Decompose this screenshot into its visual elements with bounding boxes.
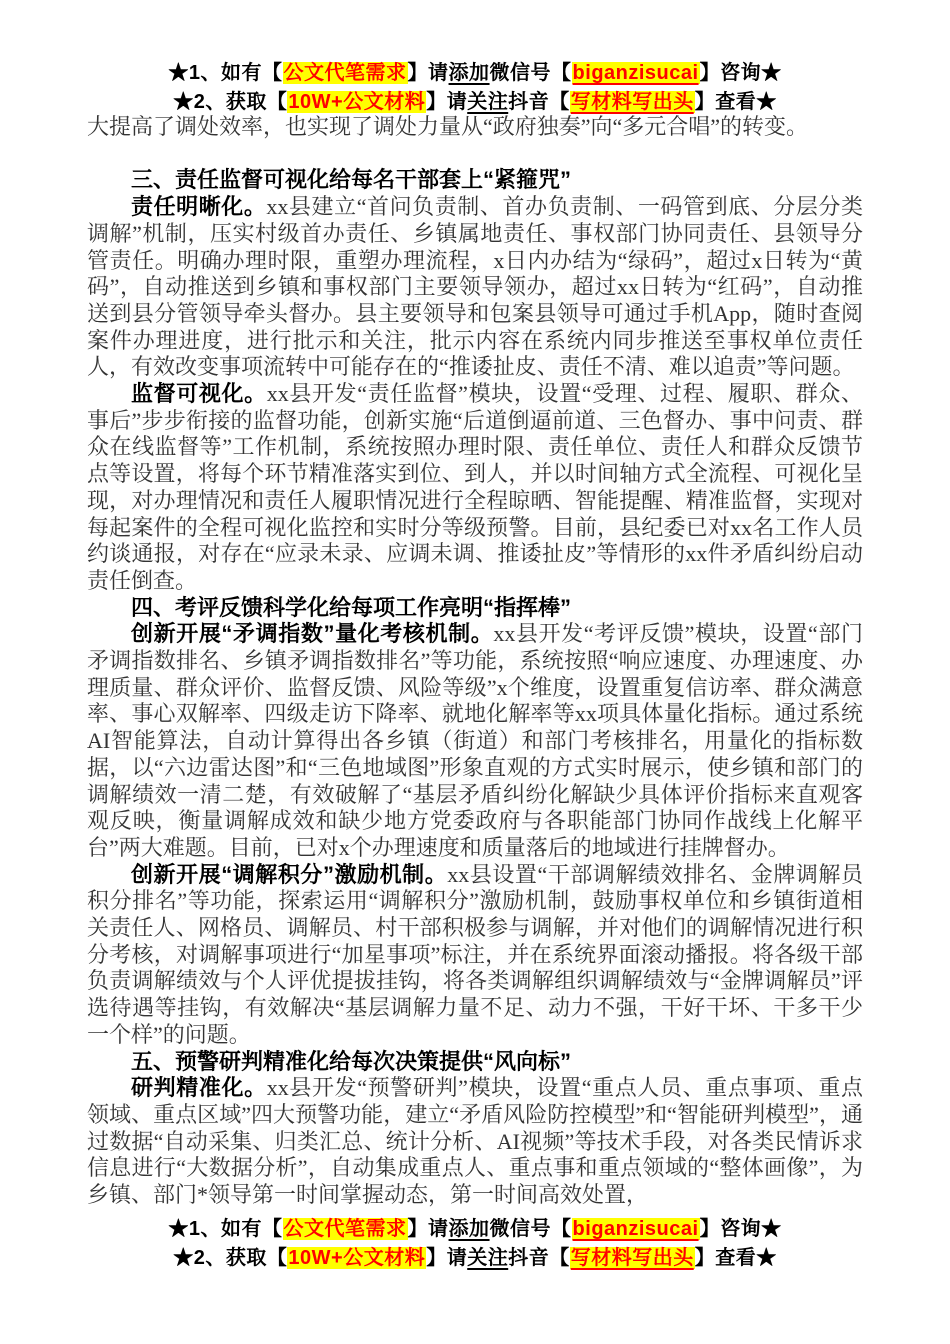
promo-text: ★1、如有【	[168, 1218, 282, 1240]
promo-text: 抖音【	[508, 1247, 570, 1269]
paragraph-supervision-visualization: 监督可视化。xx县开发“责任监督”模块，设置“受理、过程、履职、群众、事后”步步…	[87, 381, 863, 595]
paragraph-lead: 创新开展“调解积分”激励机制。	[131, 862, 447, 887]
promo-highlight-gongwen-cailiao: 10W+公文材料	[287, 1247, 426, 1269]
paragraph-continuation: 大提高了调处效率，也实现了调处力量从“政府独奏”向“多元合唱”的转变。	[87, 114, 863, 141]
paragraph-maodiao-index-mechanism: 创新开展“矛调指数”量化考核机制。xx县开发“考评反馈”模块，设置“部门矛调指数…	[87, 621, 863, 861]
promo-line-2: ★2、获取【10W+公文材料】请关注抖音【写材料写出头】查看★	[0, 88, 950, 117]
promo-text: 】请	[408, 1218, 449, 1240]
promo-text: 】查看★	[695, 91, 777, 113]
promo-text: 】咨询★	[700, 1218, 782, 1240]
promo-text: 微信号【	[490, 1218, 572, 1240]
promo-text: 】请	[426, 1247, 467, 1269]
paragraph-text: xx县建立“首问负责制、首办负责制、一码管到底、分层分类调解”机制，压实村级首办…	[87, 194, 863, 379]
paragraph-responsibility-clarification: 责任明晰化。xx县建立“首问负责制、首办负责制、一码管到底、分层分类调解”机制，…	[87, 194, 863, 381]
promo-text: 】请	[426, 91, 467, 113]
section-4-heading: 四、考评反馈科学化给每项工作亮明“指挥棒”	[87, 595, 863, 622]
promo-line-2: ★2、获取【10W+公文材料】请关注抖音【写材料写出头】查看★	[0, 1244, 950, 1273]
document-page: ★1、如有【公文代笔需求】请添加微信号【biganzisucai】咨询★ ★2、…	[0, 0, 950, 1344]
paragraph-text: xx县设置“干部调解绩效排名、金牌调解员积分排名”等功能，探索运用“调解积分”激…	[87, 862, 863, 1047]
paragraph-lead: 研判精准化。	[131, 1075, 267, 1100]
section-5-heading: 五、预警研判精准化给每次决策提供“风向标”	[87, 1049, 863, 1076]
paragraph-text: xx县开发“考评反馈”模块，设置“部门矛调指数排名、乡镇矛调指数排名”等功能，系…	[87, 621, 863, 860]
promo-text: 】请	[408, 62, 449, 84]
douyin-id-highlight: 写材料写出头	[570, 91, 695, 113]
promo-text: ★2、获取【	[173, 1247, 287, 1269]
promo-highlight-gongwen-cailiao: 10W+公文材料	[287, 91, 426, 113]
paragraph-lead: 监督可视化。	[131, 381, 267, 406]
promo-highlight-daibi-xuqiu: 公文代笔需求	[283, 1218, 408, 1240]
promo-underline-tianjia: 添加	[449, 62, 490, 84]
promo-highlight-daibi-xuqiu: 公文代笔需求	[283, 62, 408, 84]
promo-text: 抖音【	[508, 91, 570, 113]
promo-underline-tianjia: 添加	[449, 1218, 490, 1240]
paragraph-mediation-points-mechanism: 创新开展“调解积分”激励机制。xx县设置“干部调解绩效排名、金牌调解员积分排名”…	[87, 862, 863, 1049]
promo-text: ★1、如有【	[168, 62, 282, 84]
document-body: 大提高了调处效率，也实现了调处力量从“政府独奏”向“多元合唱”的转变。 三、责任…	[87, 114, 863, 1210]
promo-line-1: ★1、如有【公文代笔需求】请添加微信号【biganzisucai】咨询★	[0, 1215, 950, 1244]
promo-line-1: ★1、如有【公文代笔需求】请添加微信号【biganzisucai】咨询★	[0, 59, 950, 88]
blank-line	[87, 141, 863, 168]
footer-promo: ★1、如有【公文代笔需求】请添加微信号【biganzisucai】咨询★ ★2、…	[0, 1215, 950, 1273]
promo-text: ★2、获取【	[173, 91, 287, 113]
section-3-heading: 三、责任监督可视化给每名干部套上“紧箍咒”	[87, 167, 863, 194]
promo-text: 】咨询★	[700, 62, 782, 84]
promo-text: 】查看★	[695, 1247, 777, 1269]
header-promo: ★1、如有【公文代笔需求】请添加微信号【biganzisucai】咨询★ ★2、…	[0, 59, 950, 117]
paragraph-lead: 责任明晰化。	[131, 194, 266, 219]
douyin-id-highlight: 写材料写出头	[570, 1247, 695, 1269]
promo-underline-guanzhu: 关注	[467, 1247, 508, 1269]
paragraph-lead: 创新开展“矛调指数”量化考核机制。	[131, 621, 493, 646]
promo-text: 微信号【	[490, 62, 572, 84]
paragraph-text: xx县开发“责任监督”模块，设置“受理、过程、履职、群众、事后”步步衔接的监督功…	[87, 381, 863, 593]
wechat-id-highlight: biganzisucai	[572, 1218, 700, 1240]
promo-underline-guanzhu: 关注	[467, 91, 508, 113]
paragraph-precise-research-judgment: 研判精准化。xx县开发“预警研判”模块，设置“重点人员、重点事项、重点领域、重点…	[87, 1075, 863, 1209]
wechat-id-highlight: biganzisucai	[572, 62, 700, 84]
